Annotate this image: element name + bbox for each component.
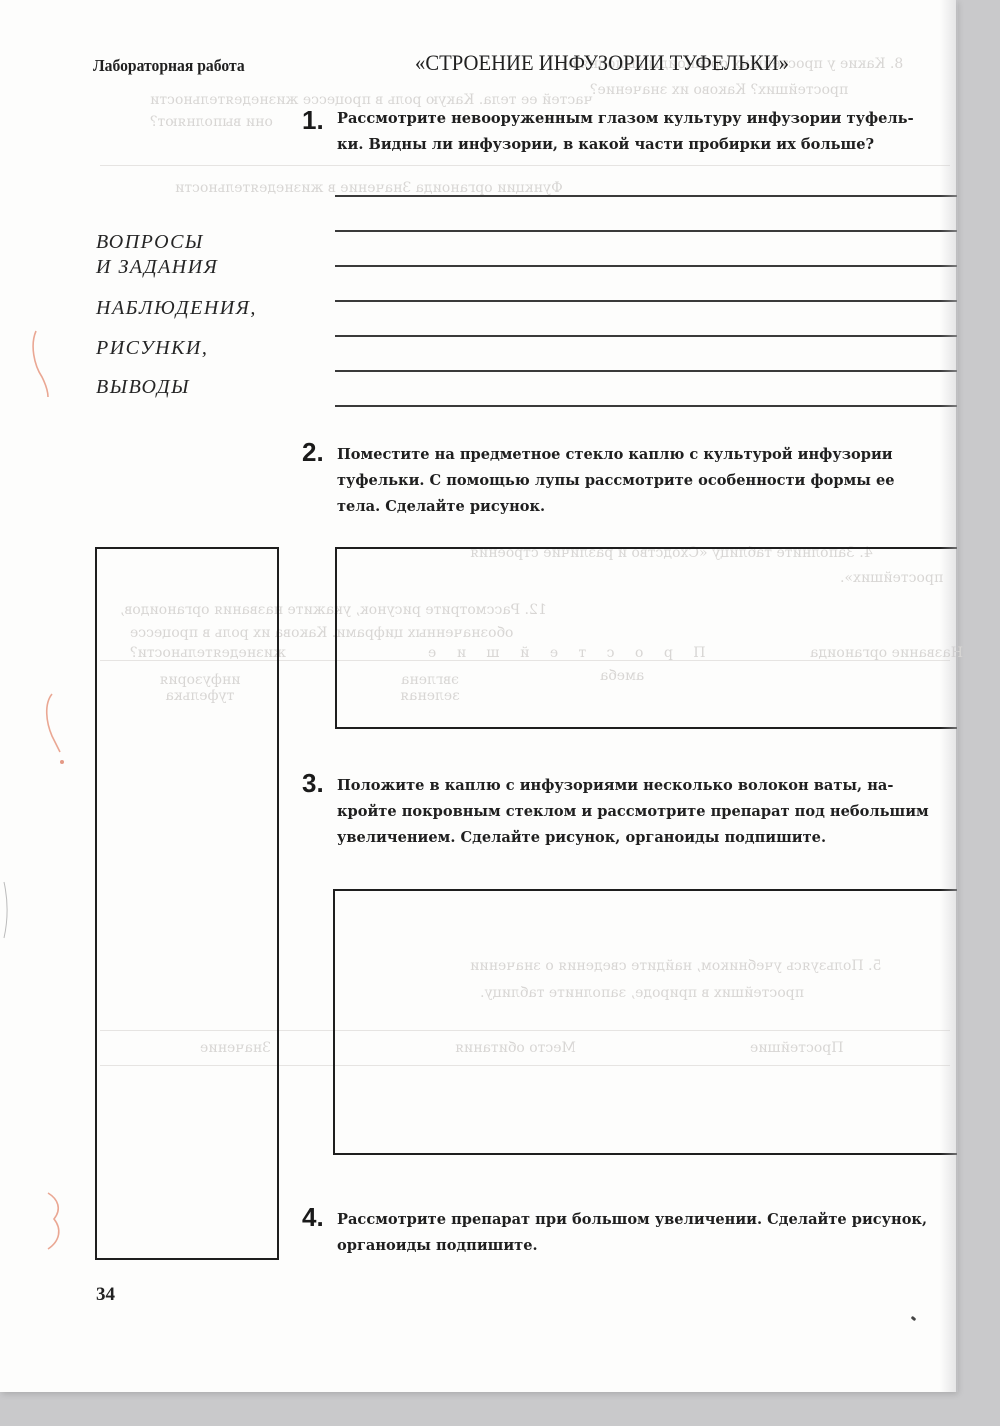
page-number: 34 bbox=[96, 1284, 115, 1306]
side-drawing-box[interactable] bbox=[95, 547, 279, 1260]
pencil-mark-icon bbox=[40, 1185, 70, 1255]
step-1-number: 1. bbox=[302, 105, 324, 136]
step-4-line: Рассмотрите препарат при большом увеличе… bbox=[337, 1207, 957, 1233]
step-4-instruction: Рассмотрите препарат при большом увеличе… bbox=[337, 1207, 957, 1259]
step-3-instruction: Положите в каплю с инфузориями несколько… bbox=[337, 773, 957, 851]
speck-mark bbox=[911, 1316, 917, 1322]
answer-line-3[interactable] bbox=[335, 265, 957, 267]
step-2-instruction: Поместите на предметное стекло каплю с к… bbox=[337, 442, 957, 520]
page-title: «СТРОЕНИЕ ИНФУЗОРИИ ТУФЕЛЬКИ» bbox=[415, 50, 789, 76]
bleed-through-text: простейших? Каково их значение? bbox=[590, 82, 848, 98]
step-4-number: 4. bbox=[302, 1202, 324, 1233]
answer-line-5[interactable] bbox=[335, 335, 957, 337]
answer-line-2[interactable] bbox=[335, 230, 957, 232]
workbook-page: 8. Какие у простейших органоиды выполняю… bbox=[0, 0, 956, 1392]
sidebar-label-observations: НАБЛЮДЕНИЯ, bbox=[96, 297, 257, 320]
step-4-line: органоиды подпишите. bbox=[337, 1233, 957, 1259]
sidebar-label-tasks: И ЗАДАНИЯ bbox=[96, 256, 218, 279]
drawing-box-step-2[interactable] bbox=[335, 547, 957, 729]
step-3-line: кройте покровным стеклом и рассмотрите п… bbox=[337, 799, 957, 825]
bleed-through-text: они выполняют? bbox=[150, 114, 273, 130]
step-2-number: 2. bbox=[302, 437, 324, 468]
pencil-question-mark-icon bbox=[38, 690, 68, 770]
step-2-line: тела. Сделайте рисунок. bbox=[337, 494, 957, 520]
answer-line-4[interactable] bbox=[335, 300, 957, 302]
sidebar-label-drawings: РИСУНКИ, bbox=[96, 337, 208, 360]
bleed-through-rule bbox=[100, 165, 950, 166]
step-1-instruction: Рассмотрите невооруженным глазом культур… bbox=[337, 106, 957, 158]
step-3-line: Положите в каплю с инфузориями несколько… bbox=[337, 773, 957, 799]
step-2-line: туфельки. С помощью лупы рассмотрите осо… bbox=[337, 468, 957, 494]
step-2-line: Поместите на предметное стекло каплю с к… bbox=[337, 442, 957, 468]
sidebar-label-questions: ВОПРОСЫ bbox=[96, 231, 204, 254]
drawing-box-step-3[interactable] bbox=[333, 889, 957, 1155]
answer-line-7[interactable] bbox=[335, 405, 957, 407]
step-1-line: ки. Видны ли инфузории, в какой части пр… bbox=[337, 132, 957, 158]
lab-work-label: Лабораторная работа bbox=[93, 56, 245, 76]
sidebar-label-conclusions: ВЫВОДЫ bbox=[96, 376, 190, 399]
pencil-mark-icon bbox=[2, 880, 12, 940]
page-binding-shadow bbox=[940, 0, 958, 1392]
step-1-line: Рассмотрите невооруженным глазом культур… bbox=[337, 106, 957, 132]
step-3-number: 3. bbox=[302, 768, 324, 799]
bleed-through-text: Функции органоида Значение в жизнедеятел… bbox=[175, 180, 563, 196]
answer-line-1[interactable] bbox=[335, 195, 957, 197]
pencil-question-mark-icon bbox=[28, 325, 58, 400]
step-3-line: увеличением. Сделайте рисунок, органоиды… bbox=[337, 825, 957, 851]
answer-line-6[interactable] bbox=[335, 370, 957, 372]
